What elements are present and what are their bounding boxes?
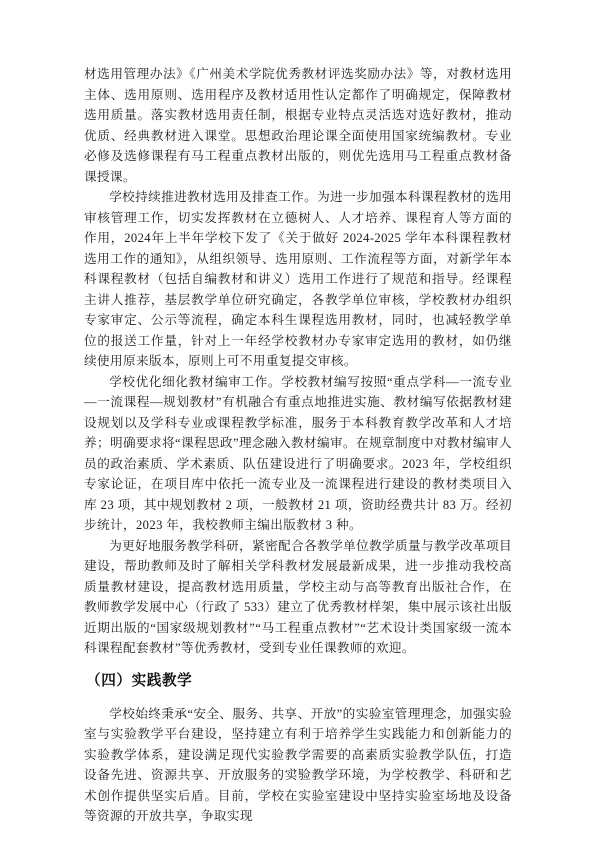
paragraph-continuation: 材选用管理办法》《广州美术学院优秀教材评选奖励办法》等，对教材选用主体、选用原则… bbox=[84, 64, 512, 187]
section-heading: （四）实践教学 bbox=[86, 671, 512, 691]
paragraph: 学校优化细化教材编审工作。学校教材编写按照“重点学科—一流专业—一流课程—规划教… bbox=[84, 372, 512, 536]
page-content: 材选用管理办法》《广州美术学院优秀教材评选奖励办法》等，对教材选用主体、选用原则… bbox=[84, 64, 512, 827]
paragraph: 学校持续推进教材选用及排查工作。为进一步加强本科课程教材的选用审核管理工作，切实… bbox=[84, 187, 512, 372]
document-page: 材选用管理办法》《广州美术学院优秀教材评选奖励办法》等，对教材选用主体、选用原则… bbox=[0, 0, 595, 842]
page-number: 11 bbox=[0, 766, 595, 776]
paragraph: 学校始终秉承“安全、服务、共享、开放”的实验室管理理念，加强实验室与实验教学平台… bbox=[84, 704, 512, 827]
paragraph: 为更好地服务教学科研，紧密配合各教学单位教学质量与教学改革项目建设，帮助教师及时… bbox=[84, 536, 512, 659]
